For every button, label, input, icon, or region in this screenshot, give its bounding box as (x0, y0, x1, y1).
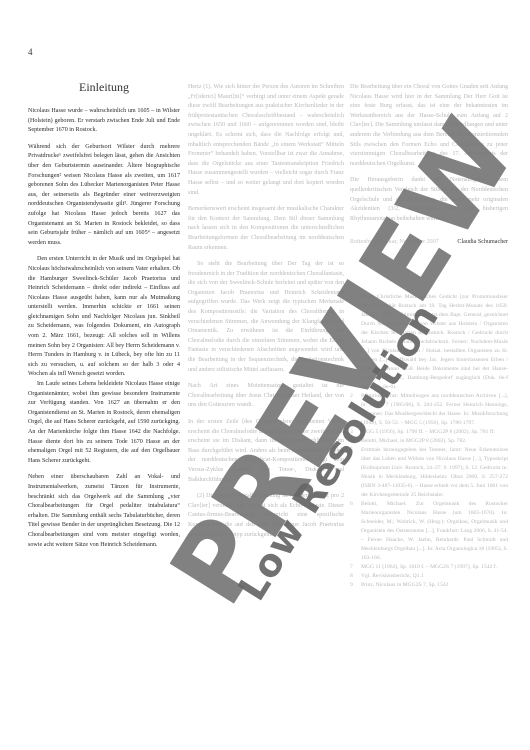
footnote-text: Prinz, Nicolaus in MGG2S 7, Sp. 1542 (361, 581, 508, 590)
signature-place-date: Rottenburg/Neckar, November 2007 (350, 238, 439, 248)
footnotes: 1 Etwa: Christliche Musicalisches Gedich… (350, 293, 508, 590)
signature-name: Claudia Schumacher (457, 238, 508, 248)
paragraph-versus: In der ersten Zeile [des Organo] pleno v… (188, 418, 344, 485)
paragraph-edition-notes: Die Herausgeberin dankt der Notenausgabe… (350, 176, 508, 224)
left-column: Einleitung Nicolaus Hasse wurde – wahrsc… (28, 80, 180, 557)
footnote: 9 Prinz, Nicolaus in MGG2S 7, Sp. 1542 (350, 581, 508, 590)
footnote-text: MGG 5 (1956), Sp. 1790 ff. – MGG2P 8 (20… (361, 428, 508, 437)
paragraph-fantasia: So steht die Bearbeitung über Der Tag de… (188, 260, 344, 375)
footnote: 7 MGG 11 (1963), Sp. 1010 f. – MGG2S 7 (… (350, 563, 508, 572)
paragraph-birthplace: Während sich der Geburtsort Wilster durc… (28, 143, 180, 249)
footnote-text: Vgl. Revisionsbericht, Q1.1 (361, 572, 508, 581)
footnote-number: 4 (350, 437, 361, 446)
footnote-text: Etwa: Christliche Musicalisches Gedicht … (361, 293, 508, 392)
paragraph-career: Im Laufe seines Lebens bekleidete Nicola… (28, 380, 180, 466)
footnote-number: 1 (350, 293, 361, 392)
footnote: 4 Belotti, Michael, in MGG2P 8 (2002), S… (350, 437, 508, 446)
paragraph-echo-fantasia: (2) Die zweite Choralbearbeitung ist mit… (188, 492, 344, 540)
page-number: 4 (28, 47, 33, 57)
paragraph-birth: Nicolaus Hasse wurde – wahrscheinlich um… (28, 107, 180, 136)
paragraph-collection: Die Bearbeitung über ein Choral von Gott… (350, 83, 508, 169)
footnote: 6 Belotti, Michael: Zur Orgelmusik des R… (350, 500, 508, 563)
signature: Rottenburg/Neckar, November 2007 Claudia… (350, 238, 508, 248)
footnote-number: 2 (350, 392, 361, 428)
footnote-text: Erstmals herausgegeben bei Tenmer, Iamt:… (361, 446, 508, 500)
footnote-number: 9 (350, 581, 361, 590)
footnote: 2 Prätorius, Ernst: Mitteilungen aus nor… (350, 392, 508, 428)
footnote-number: 6 (350, 500, 361, 563)
footnote-text: Belotti, Michael: Zur Orgelmusik des Ros… (361, 500, 508, 563)
right-column: Die Bearbeitung über ein Choral von Gott… (350, 83, 508, 590)
footnote-number: 7 (350, 563, 361, 572)
footnote-text: Belotti, Michael, in MGG2P 8 (2002), Sp.… (361, 437, 508, 446)
page-title: Einleitung (28, 80, 180, 94)
paragraph-motet: Nach Art eines Motettensatzes gestaltet … (188, 382, 344, 411)
paragraph-education: Den ersten Unterricht in der Musik und i… (28, 255, 180, 380)
paragraph-character: Bemerkenswert erscheint insgesamt der mu… (188, 205, 344, 253)
paragraph-works: Neben einer überschaubaren Zahl an Vokal… (28, 473, 180, 550)
footnote: 3 MGG 5 (1956), Sp. 1790 ff. – MGG2P 8 (… (350, 428, 508, 437)
footnote-number: 3 (350, 428, 361, 437)
footnote-text: MGG 11 (1963), Sp. 1010 f. – MGG2S 7 (19… (361, 563, 508, 572)
footnote: 8 Vgl. Revisionsbericht, Q1.1 (350, 572, 508, 581)
footnote-number: 5 (350, 446, 361, 500)
paragraph-attribution: Hertz (1). Wie sich hinter der Person de… (188, 83, 344, 198)
footnote: 5 Erstmals herausgegeben bei Tenmer, Iam… (350, 446, 508, 500)
footnote-number: 8 (350, 572, 361, 581)
middle-column: Hertz (1). Wie sich hinter der Person de… (188, 83, 344, 540)
footnote: 1 Etwa: Christliche Musicalisches Gedich… (350, 293, 508, 392)
footnote-text: Prätorius, Ernst: Mitteilungen aus nordd… (361, 392, 508, 428)
